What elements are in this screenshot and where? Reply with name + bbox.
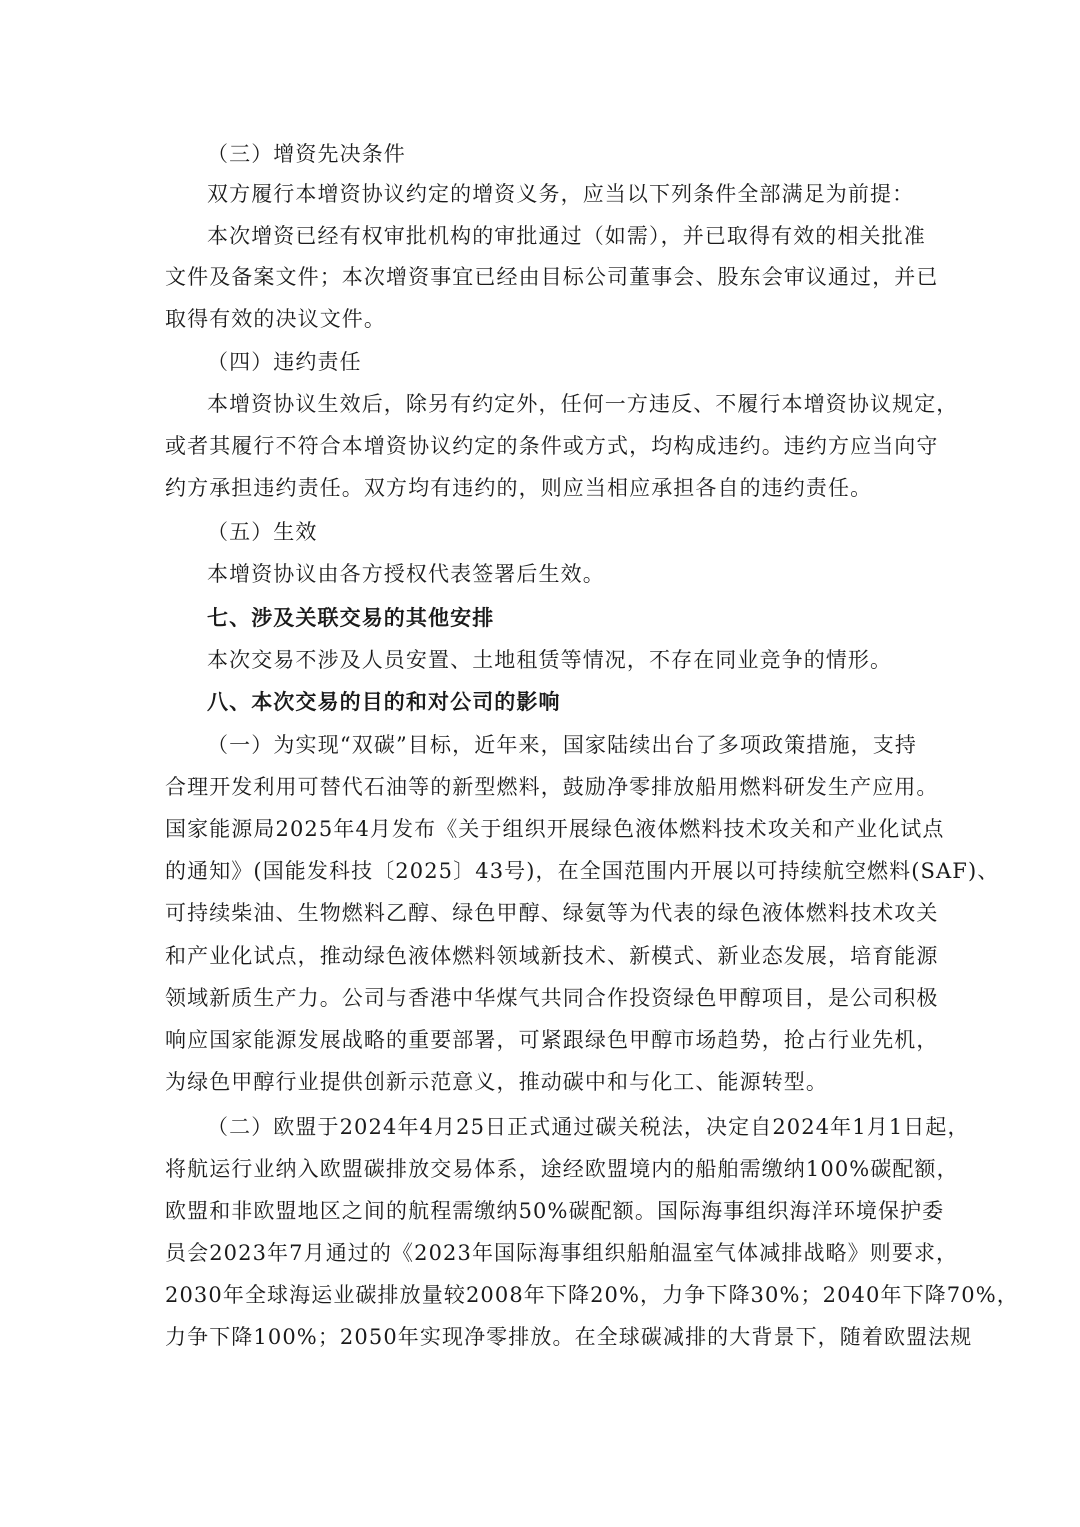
paragraph-line: 本次交易不涉及人员安置、土地租赁等情况，不存在同业竞争的情形。 <box>207 640 892 680</box>
paragraph-line: 为绿色甲醇行业提供创新示范意义，推动碳中和与化工、能源转型。 <box>165 1062 828 1102</box>
section-heading-7: 七、涉及关联交易的其他安排 <box>207 598 494 638</box>
paragraph-line: 本增资协议生效后，除另有约定外，任何一方违反、不履行本增资协议规定， <box>207 384 917 424</box>
paragraph-line: 和产业化试点，推动绿色液体燃料领域新技术、新模式、新业态发展，培育能源 <box>165 936 917 976</box>
paragraph-line: 响应国家能源发展战略的重要部署，可紧跟绿色甲醇市场趋势，抢占行业先机， <box>165 1020 917 1060</box>
paragraph-line: 员会2023年7月通过的《2023年国际海事组织船舶温室气体减排战略》则要求， <box>165 1233 917 1273</box>
paragraph-line: 欧盟和非欧盟地区之间的航程需缴纳50%碳配额。国际海事组织海洋环境保护委 <box>165 1191 917 1231</box>
paragraph-line: 本次增资已经有权审批机构的审批通过（如需），并已取得有效的相关批准 <box>207 216 917 256</box>
paragraph-line: 或者其履行不符合本增资协议约定的条件或方式，均构成违约。违约方应当向守 <box>165 426 917 466</box>
subsection-heading-4: （四）违约责任 <box>207 342 362 382</box>
paragraph-line: 力争下降100%；2050年实现净零排放。在全球碳减排的大背景下，随着欧盟法规 <box>165 1317 917 1357</box>
paragraph-line: 领域新质生产力。公司与香港中华煤气共同合作投资绿色甲醇项目，是公司积极 <box>165 978 917 1018</box>
paragraph-line: 2030年全球海运业碳排放量较2008年下降20%，力争下降30%；2040年下… <box>165 1275 917 1315</box>
paragraph-line: （二）欧盟于2024年4月25日正式通过碳关税法，决定自2024年1月1日起， <box>207 1107 917 1147</box>
paragraph-line: 取得有效的决议文件。 <box>165 299 386 339</box>
paragraph-line: 本增资协议由各方授权代表签署后生效。 <box>207 554 605 594</box>
paragraph-line: 双方履行本增资协议约定的增资义务，应当以下列条件全部满足为前提： <box>207 174 914 214</box>
paragraph-line: 的通知》(国能发科技〔2025〕43号)，在全国范围内开展以可持续航空燃料(SA… <box>165 851 917 891</box>
paragraph-line: 约方承担违约责任。双方均有违约的，则应当相应承担各自的违约责任。 <box>165 468 872 508</box>
subsection-heading-5: （五）生效 <box>207 512 318 552</box>
paragraph-line: 国家能源局2025年4月发布《关于组织开展绿色液体燃料技术攻关和产业化试点 <box>165 809 917 849</box>
section-heading-8: 八、本次交易的目的和对公司的影响 <box>207 682 561 722</box>
paragraph-line: 将航运行业纳入欧盟碳排放交易体系，途经欧盟境内的船舶需缴纳100%碳配额， <box>165 1149 917 1189</box>
paragraph-line: （一）为实现“双碳”目标，近年来，国家陆续出台了多项政策措施，支持 <box>207 725 917 765</box>
paragraph-line: 文件及备案文件；本次增资事宜已经由目标公司董事会、股东会审议通过，并已 <box>165 257 917 297</box>
paragraph-line: 合理开发利用可替代石油等的新型燃料，鼓励净零排放船用燃料研发生产应用。 <box>165 767 917 807</box>
paragraph-line: 可持续柴油、生物燃料乙醇、绿色甲醇、绿氨等为代表的绿色液体燃料技术攻关 <box>165 893 917 933</box>
subsection-heading-3: （三）增资先决条件 <box>207 134 406 174</box>
